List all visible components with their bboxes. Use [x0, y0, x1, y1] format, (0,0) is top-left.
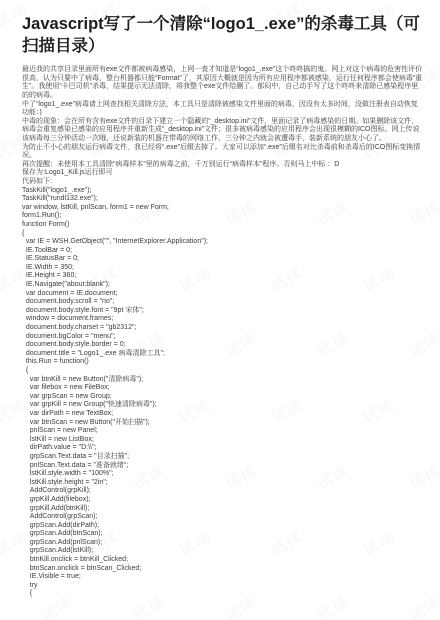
code-line: try	[22, 582, 423, 591]
page-title: Javascript写了一个清除“logo1_.exe”的杀毒工具（可扫描目录）	[22, 13, 423, 57]
code-line: btnKill.onclick = btnKill_Clicked;	[22, 556, 423, 565]
code-line: TaskKill("rundl132.exe");	[22, 195, 423, 204]
code-line: var dirPath = new TextBox;	[22, 410, 423, 419]
code-line: {	[22, 230, 423, 239]
code-line: form1.Run();	[22, 212, 423, 221]
code-line: grpScan.Add(btnScan);	[22, 530, 423, 539]
code-line: document.body.style.font = "9pt 宋体";	[22, 307, 423, 316]
article-body: 最近我的共享目录里面所有exe文件都被病毒感染，上网一查才知道是“logo1_.…	[22, 66, 423, 186]
paragraph-line: 中了“logo1_.exe”病毒请上网查找相关清除方法，本工具只是清除被感染文件…	[22, 101, 423, 118]
code-line: document.title = "Logo1_.exe 病毒清除工具";	[22, 350, 423, 359]
code-line: IE.StatusBar = 0;	[22, 255, 423, 264]
code-line: this.Run = function()	[22, 358, 423, 367]
code-line: var document = IE.document;	[22, 290, 423, 299]
code-line: function Form()	[22, 221, 423, 230]
code-line: document.body.scroll = "no";	[22, 298, 423, 307]
code-line: {	[22, 367, 423, 376]
code-line: var grpKill = new Group("快速清除病毒");	[22, 401, 423, 410]
code-line: grpScan.Add(dirPath);	[22, 522, 423, 531]
paragraph-line: 代码如下:	[22, 178, 423, 187]
paragraph-line: 保存为:Logo1_Kill.js运行即可	[22, 169, 423, 178]
code-line: IE.Height = 360;	[22, 272, 423, 281]
code-line: lstKill = new ListBox;	[22, 436, 423, 445]
code-line: grpScan.Text.data = "目录扫描";	[22, 453, 423, 462]
code-line: pnlScan = new Panel;	[22, 427, 423, 436]
code-line: var btnScan = new Button("开始扫描");	[22, 419, 423, 428]
code-line: dirPath.value = "D:\\";	[22, 444, 423, 453]
code-line: grpScan.Add(pnlScan);	[22, 539, 423, 548]
code-line: pnlScan.Text.data = "准备就绪";	[22, 462, 423, 471]
code-line: grpKill.Add(btnKill);	[22, 505, 423, 514]
document-page: 试读试读试读试读试读试读试读试读试读试读试读试读试读试读试读试读试读试读试读试读…	[0, 0, 440, 620]
code-line: grpScan.Add(lstKill);	[22, 547, 423, 556]
code-line: AddControl(grpKill);	[22, 487, 423, 496]
code-line: var IE = WSH.GetObject("", "InternetExpl…	[22, 238, 423, 247]
code-line: lstKill.style.height = "2in";	[22, 479, 423, 488]
code-line: TaskKill("logo1_.exe");	[22, 187, 423, 196]
code-line: btnScan.onclick = btnScan_Clicked;	[22, 565, 423, 574]
code-line: IE.ToolBar = 0;	[22, 247, 423, 256]
code-line: {	[22, 590, 423, 599]
code-line: var btnKill = new Button("清除病毒");	[22, 376, 423, 385]
code-line: var filebox = new FileBox;	[22, 384, 423, 393]
code-line: document.body.charset = "gb2312";	[22, 324, 423, 333]
paragraph-line: 中毒的现象：会在所有含有exe文件的目录下建立一个隐藏的“_desktop.in…	[22, 118, 423, 144]
code-line: document.body.style.border = 0;	[22, 341, 423, 350]
code-line: IE.Visible = true;	[22, 573, 423, 582]
paragraph-line: 为防止不小心的朋友运行病毒文件，我已经将“.exe”后缀去掉了。大家可以添加“.…	[22, 144, 423, 161]
code-line: IE.Width = 350;	[22, 264, 423, 273]
code-line: window = document.frames;	[22, 315, 423, 324]
code-line: var window, lstKill, pnlScan, form1 = ne…	[22, 204, 423, 213]
document-content: Javascript写了一个清除“logo1_.exe”的杀毒工具（可扫描目录）…	[0, 0, 440, 599]
code-line: AddControl(grpScan);	[22, 513, 423, 522]
code-line: IE.Navigate("about:blank");	[22, 281, 423, 290]
code-block: TaskKill("logo1_.exe");TaskKill("rundl13…	[22, 187, 423, 600]
code-line: grpKill.Add(filebox);	[22, 496, 423, 505]
paragraph-line: 最近我的共享目录里面所有exe文件都被病毒感染，上网一查才知道是“logo1_.…	[22, 66, 423, 100]
code-line: lstKill.style.width = "100%";	[22, 470, 423, 479]
code-line: document.bgColor = "menu";	[22, 333, 423, 342]
